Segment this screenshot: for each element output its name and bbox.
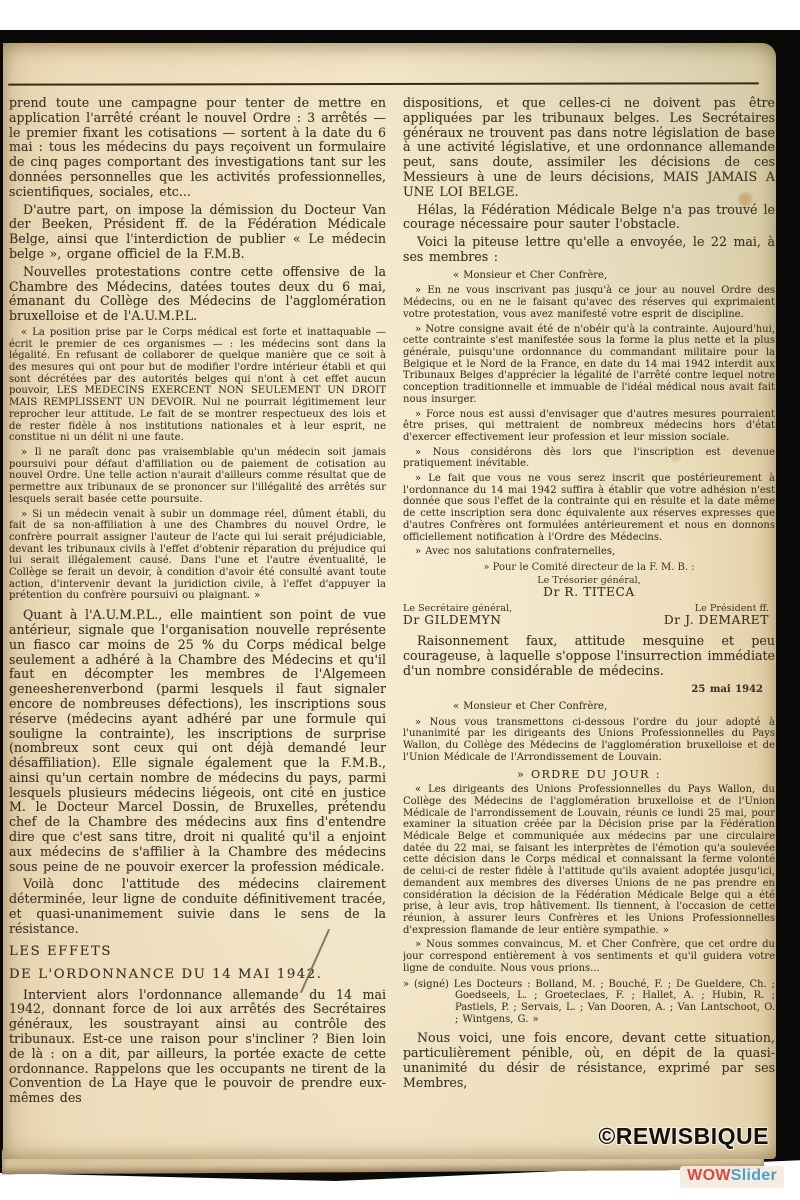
paragraph: Intervient alors l'ordonnance allemande … — [9, 988, 386, 1106]
paragraph: « La position prise par le Corps médical… — [9, 327, 386, 444]
paragraph: « Les dirigeants des Unions Professionne… — [403, 784, 775, 936]
paragraph: DE L'ORDONNANCE DU 14 MAI 1942. — [9, 967, 386, 983]
paragraph: D'autre part, on impose la démission du … — [9, 203, 386, 262]
paragraph: » Nous vous transmettons ci-dessous l'or… — [403, 717, 775, 764]
paragraph: » ORDRE DU JOUR : — [403, 769, 775, 781]
paragraph: » Nous considérons dès lors que l'inscri… — [403, 447, 775, 470]
committee-line: » Pour le Comité directeur de la F. M. B… — [403, 562, 775, 573]
president-name: Dr J. DEMARET — [664, 614, 769, 628]
signature-row: Le Secrétaire général, Dr GILDEMYN Le Pr… — [403, 603, 775, 628]
wowslider-wow-text: WOW — [687, 1167, 731, 1184]
wowslider-watermark[interactable]: WOWSlider — [680, 1166, 784, 1188]
paragraph: « Monsieur et Cher Confrère, — [403, 270, 775, 282]
paragraph: » Notre consigne avait été de n'obéir qu… — [403, 324, 775, 406]
treasurer-signature: Le Trésorier général, Dr R. TITECA — [403, 575, 775, 600]
paragraph: » En ne vous inscrivant pas jusqu'à ce j… — [403, 285, 775, 320]
paragraph: « Monsieur et Cher Confrère, — [403, 701, 775, 713]
secretary-name: Dr GILDEMYN — [403, 614, 512, 628]
paragraph: Quant à l'A.U.M.P.L., elle maintient son… — [9, 608, 386, 874]
wowslider-slider-text: Slider — [731, 1167, 777, 1184]
paragraph: Raisonnement faux, attitude mesquine et … — [403, 634, 775, 678]
paragraph: » (signé) Les Docteurs : Bolland, M. ; B… — [403, 979, 775, 1026]
paragraph: Voilà donc l'attitude des médecins clair… — [9, 877, 386, 936]
paragraph: » Force nous est aussi d'envisager que d… — [403, 409, 775, 444]
treasurer-name: Dr R. TITECA — [403, 586, 775, 600]
paragraph: prend toute une campagne pour tenter de … — [9, 96, 386, 200]
paragraph: » Nous sommes convaincus, M. et Cher Con… — [403, 939, 775, 974]
paragraph: 25 mai 1942 — [403, 684, 775, 696]
paragraph: Nous voici, une fois encore, devant cett… — [403, 1031, 775, 1090]
right-column-bottom-paragraphs: Raisonnement faux, attitude mesquine et … — [403, 634, 775, 1091]
left-column: prend toute une campagne pour tenter de … — [9, 96, 386, 1142]
signature-block: » Pour le Comité directeur de la F. M. B… — [403, 562, 775, 628]
paragraph: Voici la piteuse lettre qu'elle a envoyé… — [403, 235, 775, 265]
paragraph: » Il ne paraît donc pas vraisemblable qu… — [9, 447, 386, 506]
paragraph: » Si un médecin venait à subir un dommag… — [9, 509, 386, 603]
paragraph: » Avec nos salutations confraternelles, — [403, 546, 775, 558]
copyright-watermark: ©REWISBIQUE — [598, 1123, 769, 1150]
paragraph: Hélas, la Fédération Médicale Belge n'a … — [403, 203, 775, 233]
paragraph: » Le fait que vous ne vous serez inscrit… — [403, 473, 775, 543]
paragraph: LES EFFETS — [9, 944, 386, 960]
right-column-top-paragraphs: dispositions, et que celles-ci ne doiven… — [403, 96, 775, 558]
right-column: dispositions, et que celles-ci ne doiven… — [403, 96, 775, 1142]
president-signature: Le Président ff. Dr J. DEMARET — [664, 603, 775, 628]
paragraph: dispositions, et que celles-ci ne doiven… — [403, 96, 775, 200]
secretary-signature: Le Secrétaire général, Dr GILDEMYN — [403, 603, 512, 628]
paragraph: Nouvelles protestations contre cette off… — [9, 265, 386, 324]
